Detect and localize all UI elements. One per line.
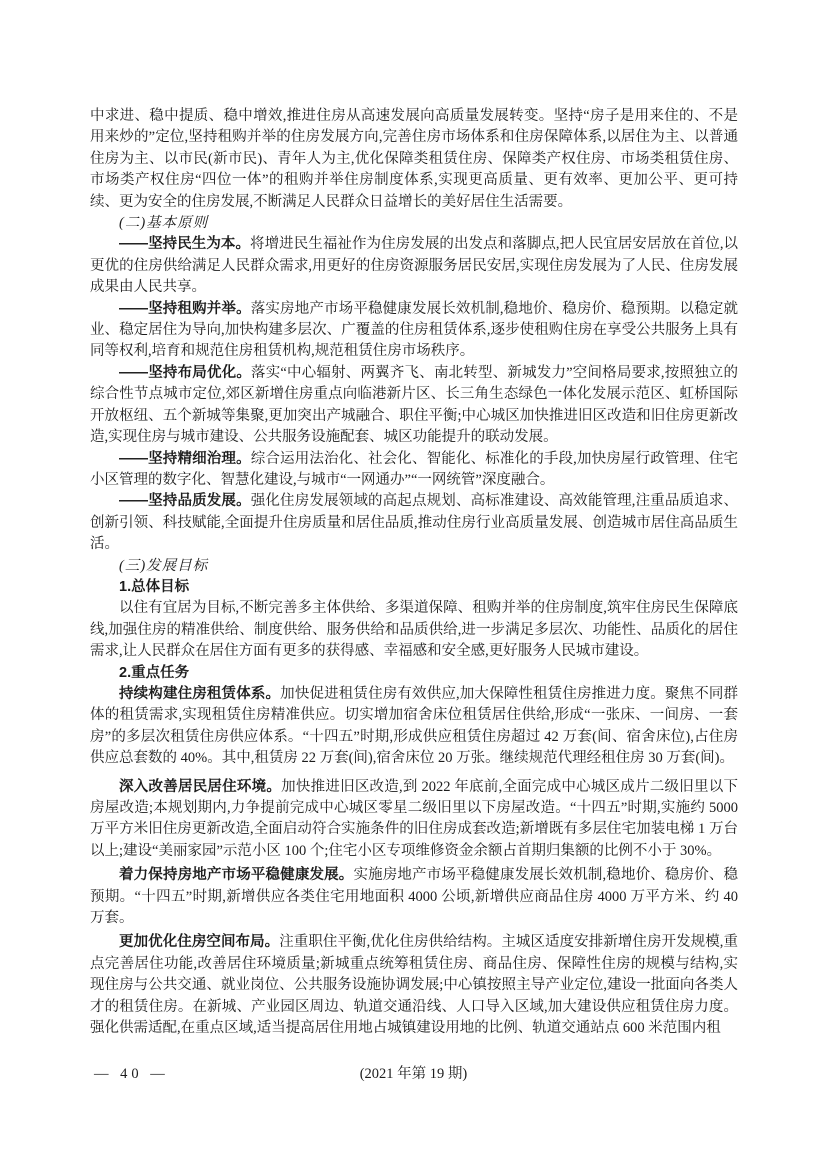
paragraph-15: 更加优化住房空间布局。注重职住平衡,优化住房供给结构。主城区适度安排新增住房开发…: [90, 932, 738, 1039]
paragraph-8: (三)发展目标: [90, 556, 738, 577]
paragraph-12: 持续构建住房租赁体系。加快促进租赁住房有效供应,加大保障性租赁住房推进力度。聚焦…: [90, 684, 738, 770]
paragraph-lead: 持续构建住房租赁体系。: [119, 686, 280, 702]
paragraph-6: ——坚持精细治理。综合运用法治化、社会化、智能化、标准化的手段,加快房屋行政管理…: [90, 449, 738, 492]
paragraph-3: ——坚持民生为本。将增进民生福祉作为住房发展的出发点和落脚点,把人民宜居安居放在…: [90, 234, 738, 298]
paragraph-5: ——坚持布局优化。落实“中心辐射、两翼齐飞、南北转型、新城发力”空间格局要求,按…: [90, 363, 738, 449]
issue-label: (2021 年第 19 期): [90, 1063, 737, 1085]
paragraph-text: 中求进、稳中提质、稳中增效,推进住房从高速发展向高质量发展转变。坚持“房子是用来…: [90, 108, 738, 210]
paragraph-13: 深入改善居民居住环境。加快推进旧区改造,到 2022 年底前,全面完成中心城区成…: [90, 777, 738, 863]
paragraph-lead: ——坚持布局优化。: [119, 365, 251, 381]
paragraph-10: 以住有宜居为目标,不断完善多主体供给、多渠道保障、租购并举的住房制度,筑牢住房民…: [90, 598, 738, 662]
paragraph-text: 2.重点任务: [119, 665, 189, 681]
paragraph-7: ——坚持品质发展。强化住房发展领域的高起点规划、高标准建设、高效能管理,注重品质…: [90, 491, 738, 555]
paragraph-lead: 更加优化住房空间布局。: [119, 934, 279, 950]
document-body: 中求进、稳中提质、稳中增效,推进住房从高速发展向高质量发展转变。坚持“房子是用来…: [90, 106, 738, 1039]
paragraph-lead: ——坚持精细治理。: [119, 451, 251, 467]
paragraph-14: 着力保持房地产市场平稳健康发展。实施房地产市场平稳健康发展长效机制,稳地价、稳房…: [90, 865, 738, 929]
paragraph-11: 2.重点任务: [90, 663, 738, 684]
paragraph-text: 1.总体目标: [119, 579, 189, 595]
paragraph-lead: ——坚持民生为本。: [119, 236, 250, 252]
paragraph-lead: ——坚持租购并举。: [119, 301, 251, 317]
paragraph-text: 以住有宜居为目标,不断完善多主体供给、多渠道保障、租购并举的住房制度,筑牢住房民…: [90, 600, 738, 659]
paragraph-lead: ——坚持品质发展。: [119, 493, 251, 509]
paragraph-lead: 着力保持房地产市场平稳健康发展。: [119, 867, 353, 883]
paragraph-2: (二)基本原则: [90, 213, 738, 234]
paragraph-text: (二)基本原则: [119, 215, 208, 231]
paragraph-lead: 深入改善居民居住环境。: [119, 779, 281, 795]
paragraph-9: 1.总体目标: [90, 577, 738, 598]
paragraph-text: (三)发展目标: [119, 558, 208, 574]
page-footer: — 40 — (2021 年第 19 期): [90, 1063, 737, 1085]
document-page: 中求进、稳中提质、稳中增效,推进住房从高速发展向高质量发展转变。坚持“房子是用来…: [0, 0, 827, 1170]
paragraph-1: 中求进、稳中提质、稳中增效,推进住房从高速发展向高质量发展转变。坚持“房子是用来…: [90, 106, 738, 213]
paragraph-4: ——坚持租购并举。落实房地产市场平稳健康发展长效机制,稳地价、稳房价、稳预期。以…: [90, 299, 738, 363]
